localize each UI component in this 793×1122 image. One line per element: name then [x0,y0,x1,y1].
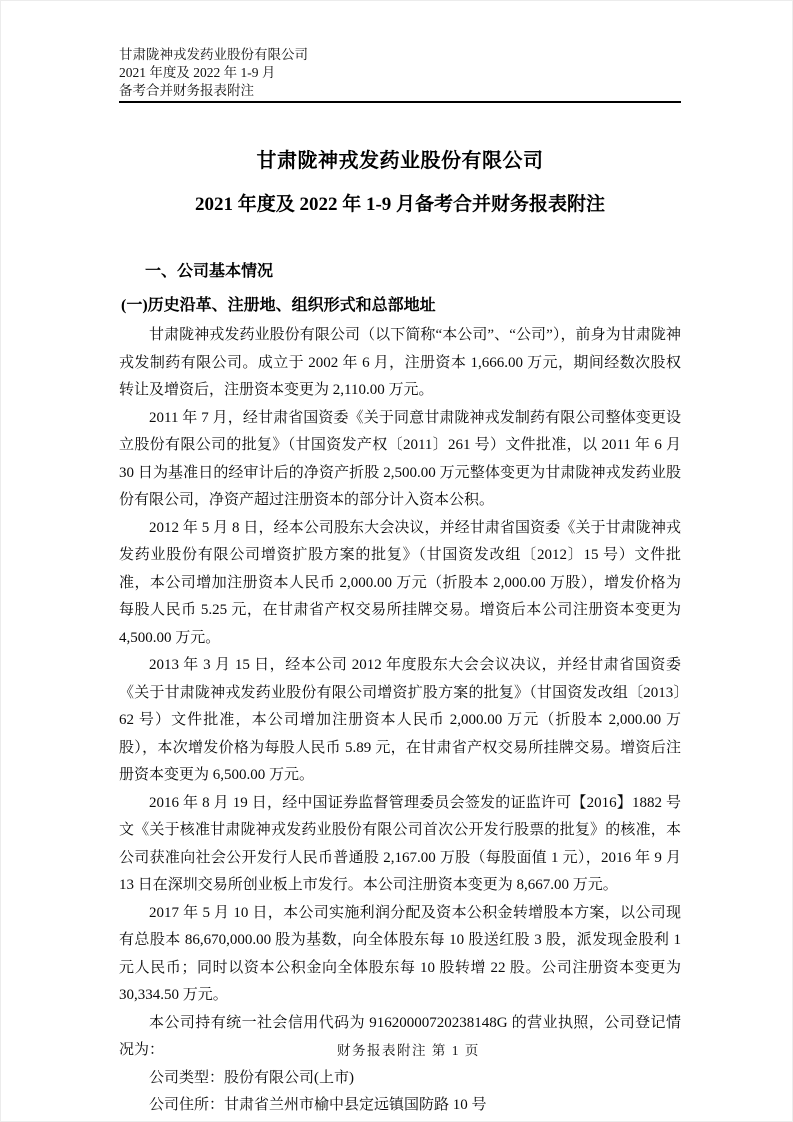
company-type-line: 公司类型：股份有限公司(上市) [119,1065,681,1093]
paragraph-establishment: 甘肃陇神戎发药业股份有限公司（以下简称“本公司”、“公司”），前身为甘肃陇神戎发… [119,322,681,405]
company-address-line: 公司住所：甘肃省兰州市榆中县定远镇国防路 10 号 [119,1092,681,1120]
page-header: 甘肃陇神戎发药业股份有限公司 2021 年度及 2022 年 1-9 月 备考合… [119,46,681,103]
text-column: 甘肃陇神戎发药业股份有限公司 2021 年度及 2022 年 1-9 月 备考合… [119,0,681,1120]
paragraph-2016-ipo: 2016 年 8 月 19 日，经中国证券监督管理委员会签发的证监许可【2016… [119,790,681,900]
document-title: 甘肃陇神戎发药业股份有限公司 [119,148,681,175]
paragraph-2017-dividend: 2017 年 5 月 10 日，本公司实施利润分配及资本公积金转增股本方案，以公… [119,900,681,1010]
header-doc-type: 备考合并财务报表附注 [119,82,681,100]
header-company-name: 甘肃陇神戎发药业股份有限公司 [119,46,681,64]
document-subtitle: 2021 年度及 2022 年 1-9 月备考合并财务报表附注 [119,192,681,217]
paragraph-2012-capital-increase: 2012 年 5 月 8 日，经本公司股东大会决议，并经甘肃省国资委《关于甘肃陇… [119,515,681,653]
header-divider-line [119,101,681,103]
page-footer-page-number: 财务报表附注 第 1 页 [337,1039,480,1059]
header-report-period: 2021 年度及 2022 年 1-9 月 [119,64,681,82]
paragraph-2011-restructuring: 2011 年 7 月，经甘肃省国资委《关于同意甘肃陇神戎发制药有限公司整体变更设… [119,405,681,515]
document-page: 甘肃陇神戎发药业股份有限公司 2021 年度及 2022 年 1-9 月 备考合… [0,0,793,1122]
body-text: 甘肃陇神戎发药业股份有限公司（以下简称“本公司”、“公司”），前身为甘肃陇神戎发… [119,322,681,1120]
section-heading-company-profile: 一、公司基本情况 [145,262,681,282]
paragraph-2013-capital-increase: 2013 年 3 月 15 日，经本公司 2012 年度股东大会会议决议，并经甘… [119,652,681,790]
subsection-heading-history: (一)历史沿革、注册地、组织形式和总部地址 [121,296,681,316]
